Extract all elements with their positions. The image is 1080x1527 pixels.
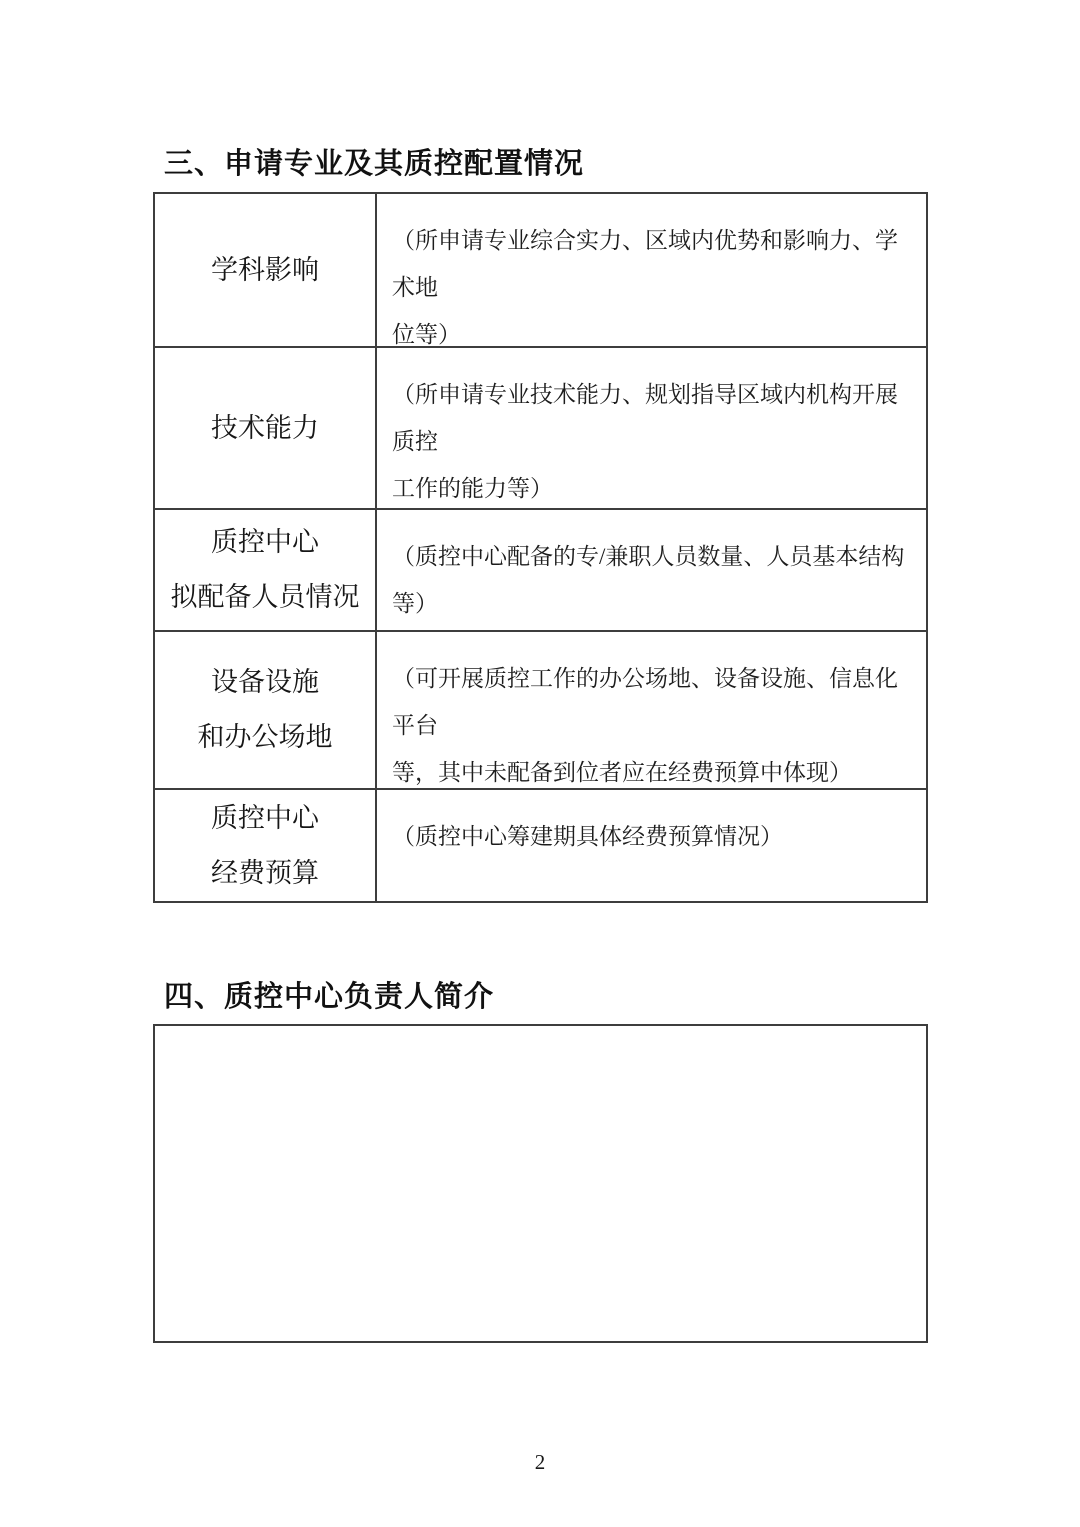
table-row-label-technical-ability: 技术能力 <box>155 348 377 510</box>
label-line: 经费预算 <box>211 846 319 901</box>
label-line: 和办公场地 <box>198 710 333 765</box>
table-row-hint-budget: （质控中心筹建期具体经费预算情况） <box>377 790 926 901</box>
table-row-hint-technical-ability: （所申请专业技术能力、规划指导区域内机构开展质控 工作的能力等） <box>377 348 926 510</box>
label-line: 拟配备人员情况 <box>171 570 360 625</box>
qc-config-table: 学科影响 （所申请专业综合实力、区域内优势和影响力、学术地 位等） 技术能力 （… <box>153 192 928 903</box>
table-row-label-budget: 质控中心 经费预算 <box>155 790 377 901</box>
table-row-label-subject-impact: 学科影响 <box>155 194 377 348</box>
table-row-hint-equipment-premises: （可开展质控工作的办公场地、设备设施、信息化平台 等，其中未配备到位者应在经费预… <box>377 632 926 790</box>
label-line: 学科影响 <box>211 243 319 298</box>
page-number: 2 <box>0 1450 1080 1475</box>
document-page: 三、申请专业及其质控配置情况 学科影响 （所申请专业综合实力、区域内优势和影响力… <box>0 0 1080 1527</box>
label-line: 技术能力 <box>211 401 319 456</box>
section-4-heading: 四、质控中心负责人简介 <box>164 974 494 1015</box>
table-row-hint-subject-impact: （所申请专业综合实力、区域内优势和影响力、学术地 位等） <box>377 194 926 348</box>
table-row-hint-planned-staffing: （质控中心配备的专/兼职人员数量、人员基本结构等） <box>377 510 926 632</box>
section-3-heading: 三、申请专业及其质控配置情况 <box>164 141 584 182</box>
label-line: 质控中心 <box>211 791 319 846</box>
table-row-label-equipment-premises: 设备设施 和办公场地 <box>155 632 377 790</box>
label-line: 设备设施 <box>211 655 319 710</box>
table-row-label-planned-staffing: 质控中心 拟配备人员情况 <box>155 510 377 632</box>
label-line: 质控中心 <box>211 515 319 570</box>
director-intro-box <box>153 1024 928 1343</box>
